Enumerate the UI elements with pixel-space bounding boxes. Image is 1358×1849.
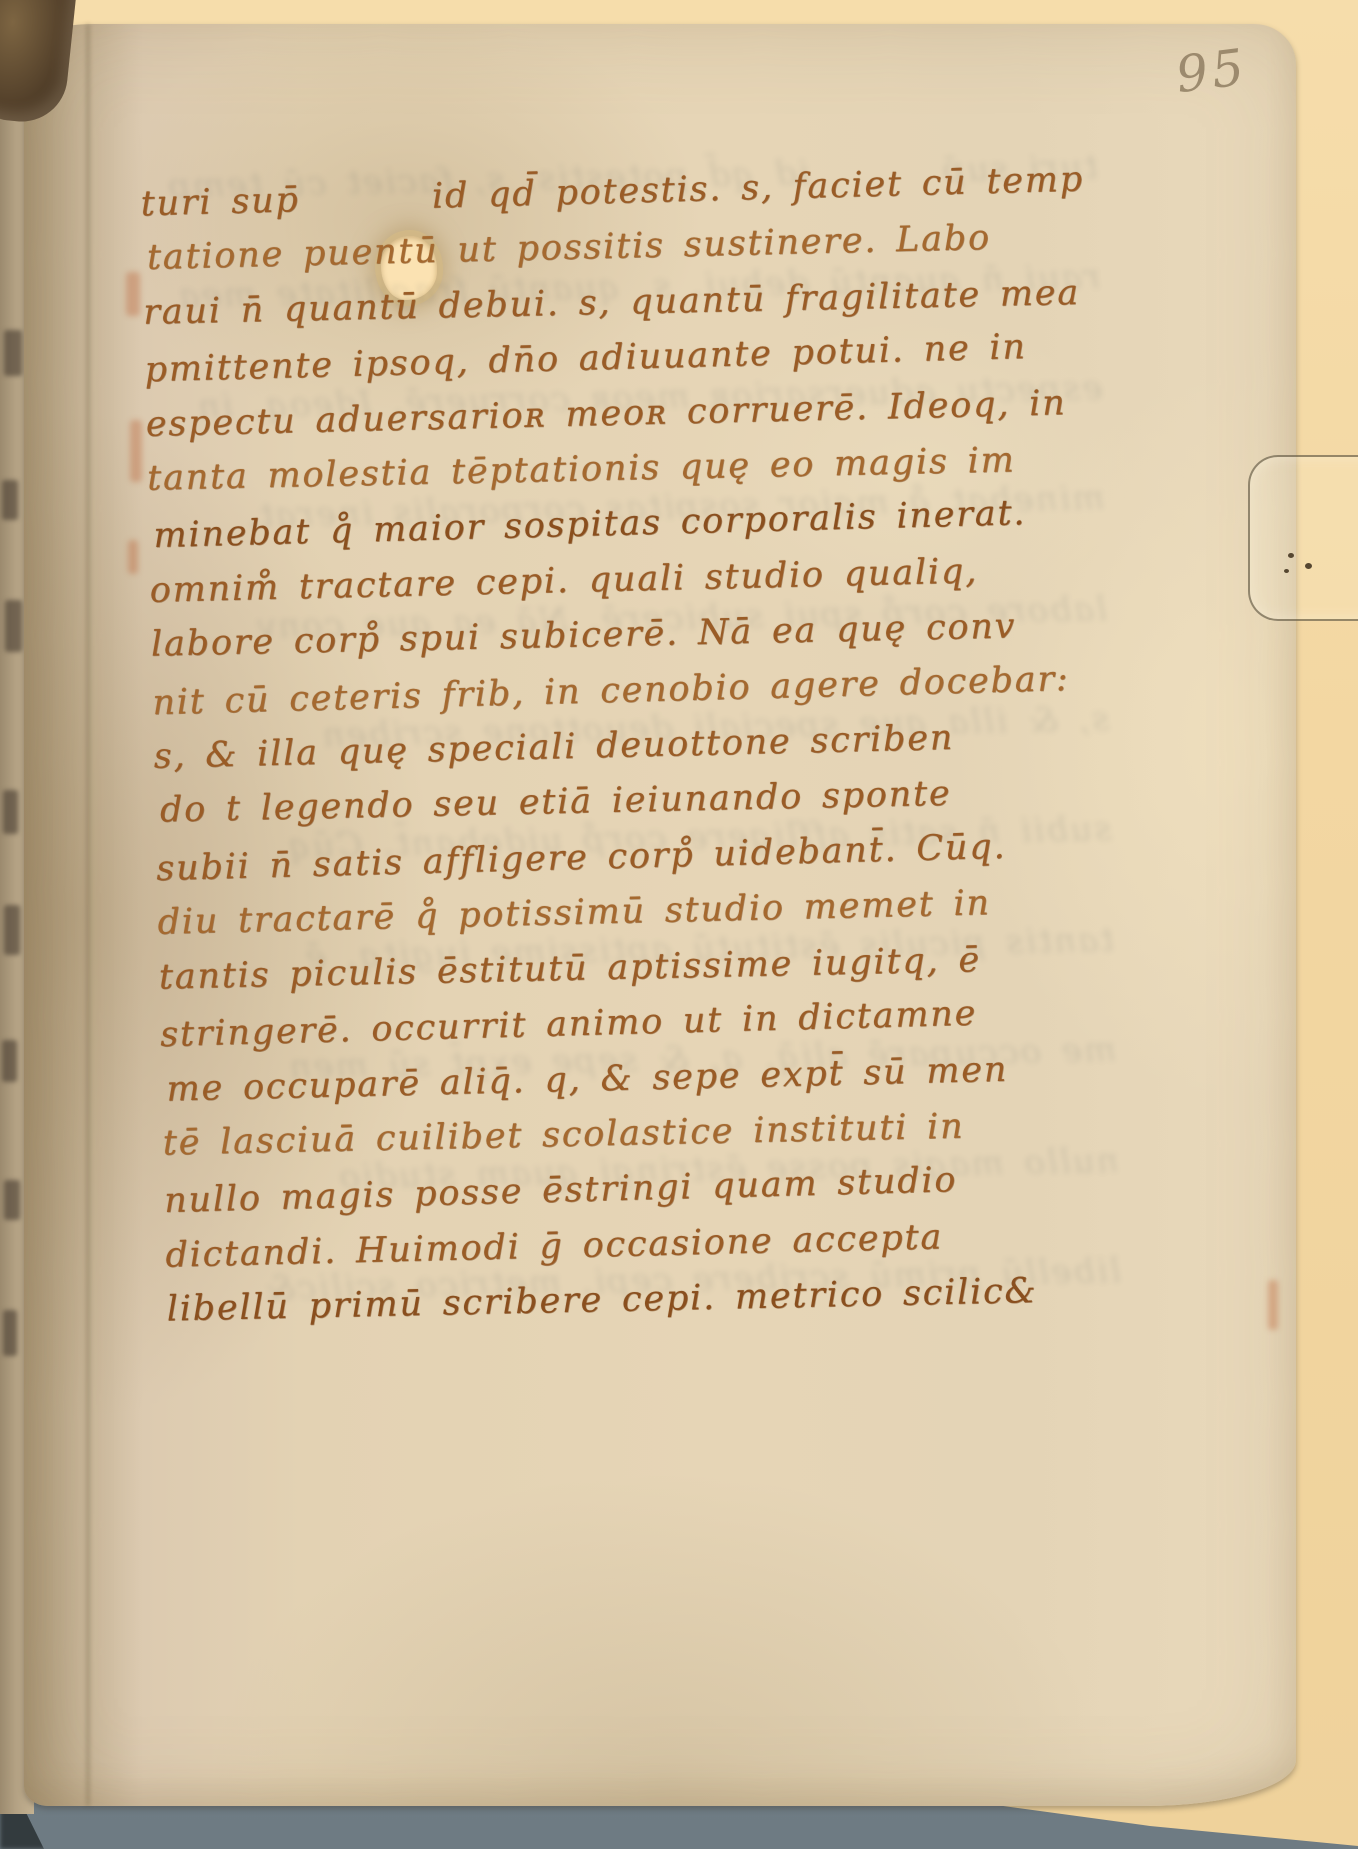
fold-line — [86, 24, 90, 1806]
tab-speck — [1288, 553, 1294, 558]
manuscript-text-block: turi sup̄ id qd̄ potestis. s, faciet cū … — [140, 153, 1157, 1340]
tab-speck — [1305, 563, 1312, 569]
manuscript-photo: turi sup̄ id qd̄ potestis. s, faciet cū … — [0, 0, 1358, 1849]
tab-speck — [1284, 569, 1289, 573]
folio-number: 95 — [1173, 38, 1251, 104]
transparent-tab — [1248, 455, 1358, 621]
red-margin-smudge — [1268, 1280, 1278, 1330]
red-margin-smudge — [128, 540, 138, 574]
red-margin-smudge — [126, 272, 140, 316]
red-margin-smudge — [130, 420, 142, 482]
